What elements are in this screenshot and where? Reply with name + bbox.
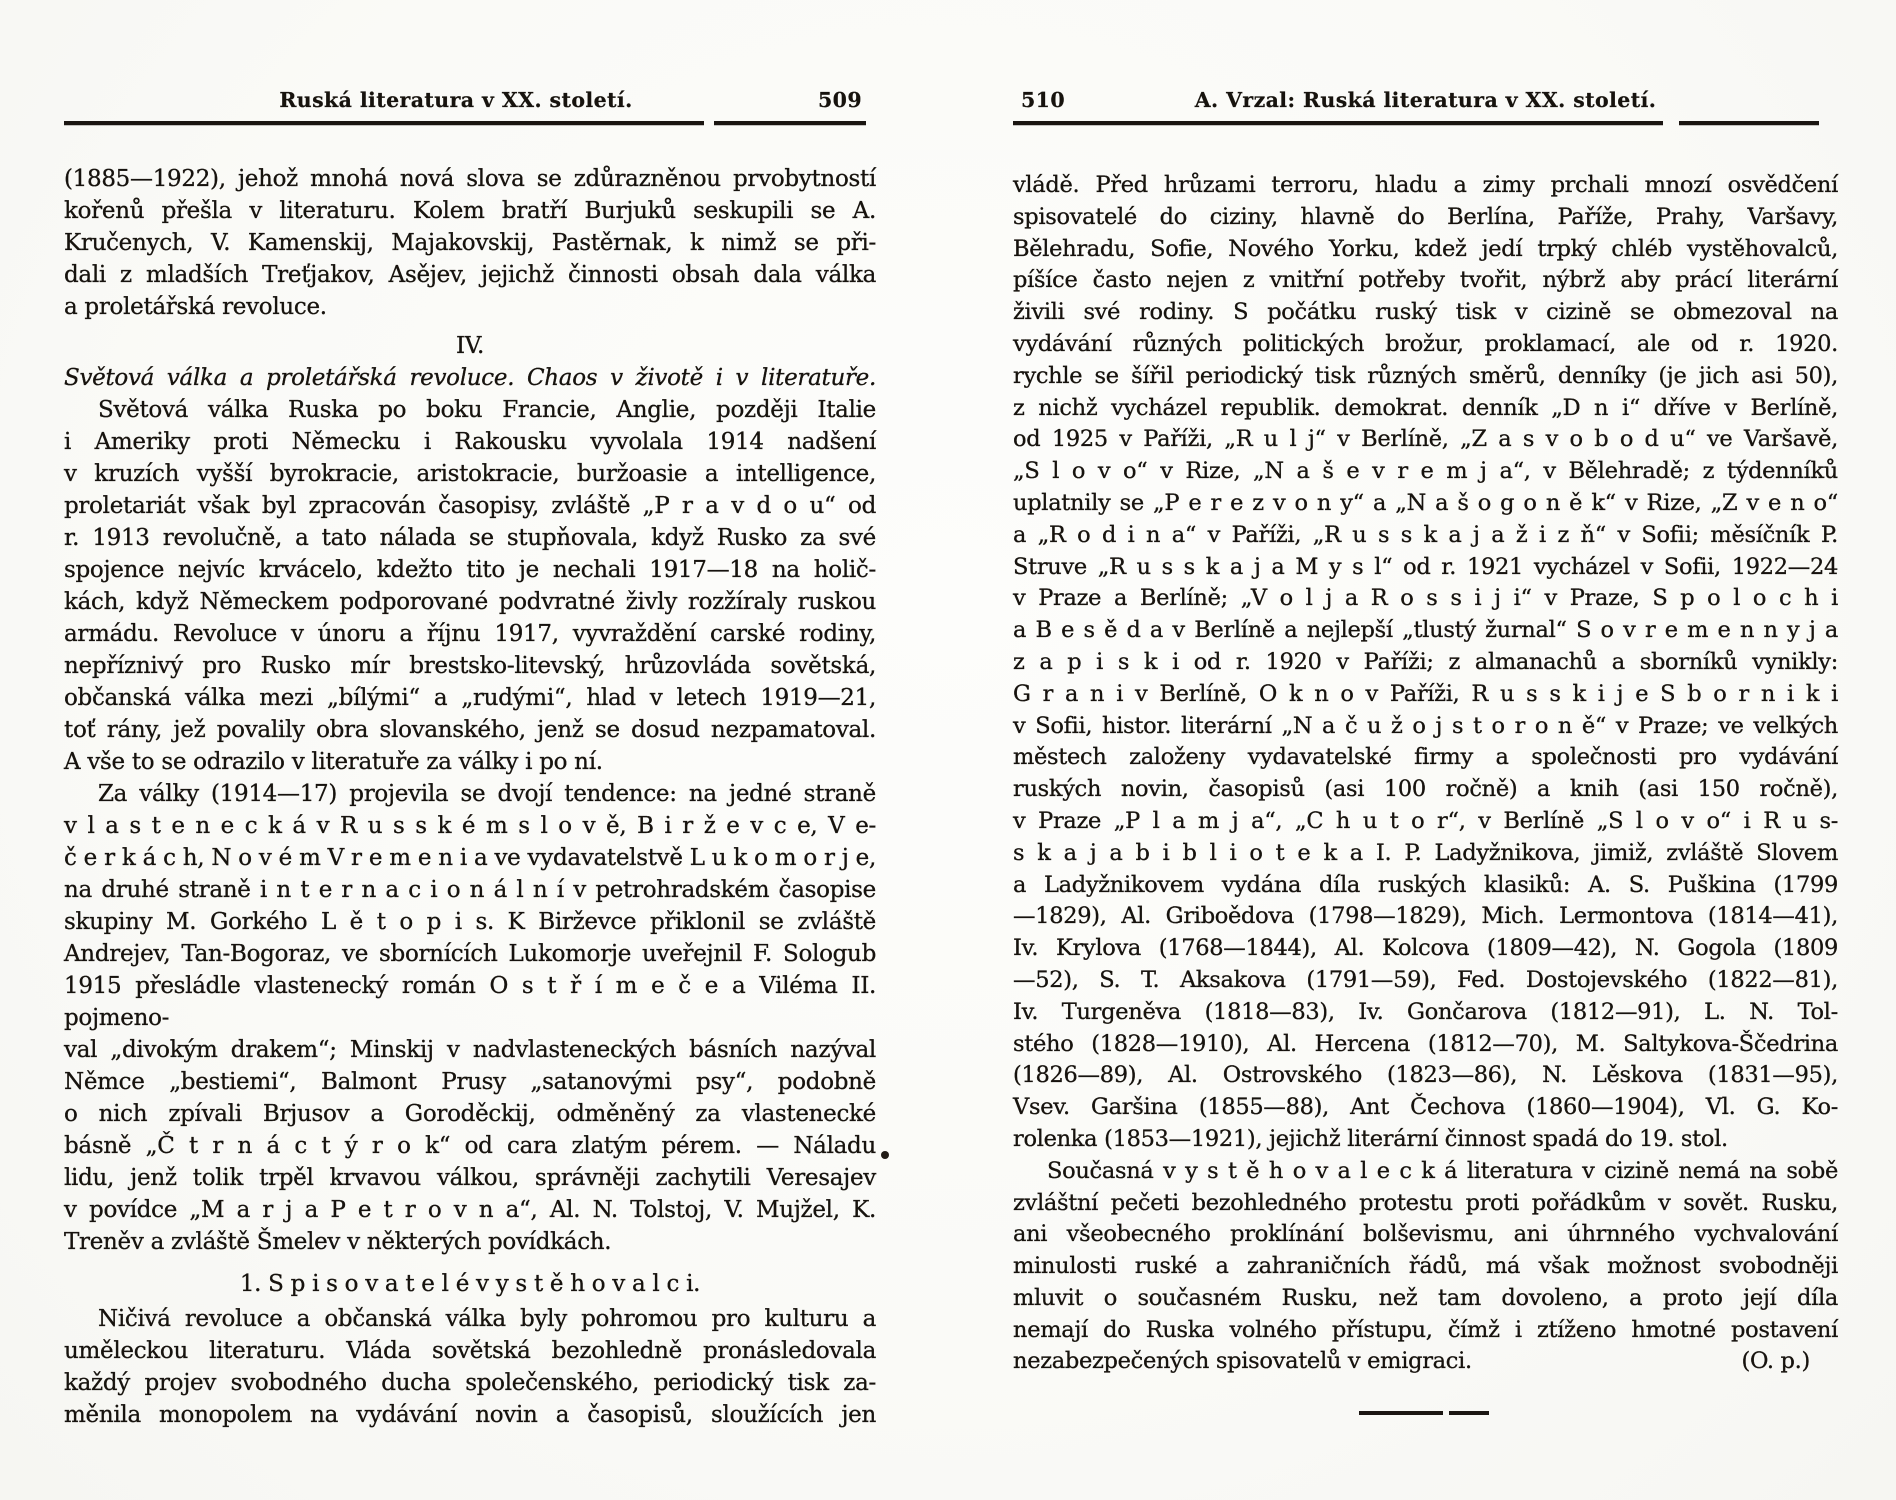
text-line: od 1925 v Paříži, „R u l j“ v Berlíně, „… (1013, 424, 1838, 456)
text-line: o nich zpívali Brjusov a Goroděckij, odm… (64, 1098, 876, 1130)
text-line: Za války (1914—17) projevila se dvojí te… (64, 778, 876, 810)
header-rule-segment (714, 121, 866, 125)
right-header-rule (1013, 121, 1838, 125)
text-line: vládě. Před hrůzami terroru, hladu a zim… (1013, 170, 1838, 202)
header-rule-segment (1679, 121, 1819, 125)
text-line: živili své rodiny. S počátku ruský tisk … (1013, 297, 1838, 329)
text-line: (1885—1922), jehož mnohá nová slova se z… (64, 163, 876, 195)
text-line: v Praze „P l a m j a“, „C h u t o r“, v … (1013, 806, 1838, 838)
header-rule-segment (1013, 121, 1663, 125)
right-running-head-title: A. Vrzal: Ruská literatura v XX. století… (1013, 88, 1838, 112)
left-header-rule (64, 121, 876, 125)
text-line: nemají do Ruska volného přístupu, čímž i… (1013, 1315, 1838, 1347)
text-line: a B e s ě d a v Berlíně a nejlepší „tlus… (1013, 615, 1838, 647)
text-line: nepříznivý pro Rusko mír brestsko-litevs… (64, 650, 876, 682)
text-line: s k a j a b i b l i o t e k a I. P. Lady… (1013, 838, 1838, 870)
text-line: spisovatelé do ciziny, hlavně do Berlína… (1013, 202, 1838, 234)
text-line: toť rány, jež povalily obra slovanského,… (64, 714, 876, 746)
text-line: —52), S. T. Aksakova (1791—59), Fed. Dos… (1013, 965, 1838, 997)
text-line: A vše to se odrazilo v literatuře za vál… (64, 746, 876, 778)
text-line: kách, když Německem podporované podvratn… (64, 586, 876, 618)
text-line: na druhé straně i n t e r n a c i o n á … (64, 874, 876, 906)
text-line: Kručenych, V. Kamenskij, Majakovskij, Pa… (64, 227, 876, 259)
text-line: vydávání různých politických brožur, pro… (1013, 329, 1838, 361)
text-line: Současná v y s t ě h o v a l e c k á lit… (1013, 1156, 1838, 1188)
ink-spot (881, 1151, 889, 1159)
divider-segment (1449, 1411, 1489, 1415)
text-line: a Ladyžnikovem vydána díla ruských klasi… (1013, 870, 1838, 902)
text-line: lidu, jenž tolik trpěl krvavou válkou, s… (64, 1162, 876, 1194)
text-line: (1826—89), Al. Ostrovského (1823—86), N.… (1013, 1060, 1838, 1092)
left-page-number: 509 (818, 88, 862, 112)
text-line: rolenka (1853—1921), jejichž literární č… (1013, 1124, 1838, 1156)
text-line: každý projev svobodného ducha společensk… (64, 1367, 876, 1399)
text-line: 1915 přesládle vlastenecký román O s t ř… (64, 970, 876, 1034)
text-line: městech založeny vydavatelské firmy a sp… (1013, 742, 1838, 774)
text-line: v Sofii, histor. literární „N a č u ž o … (1013, 711, 1838, 743)
text-line: píšíce často nejen z vnitřní potřeby tvo… (1013, 265, 1838, 297)
left-running-head-title: Ruská literatura v XX. století. (64, 88, 848, 112)
text-line: „S l o v o“ v Rize, „N a š e v r e m j a… (1013, 456, 1838, 488)
text-line-text: nezabezpečených spisovatelů v emigraci. (1013, 1346, 1472, 1378)
text-line: mluvit o současném Rusku, než tam dovole… (1013, 1283, 1838, 1315)
text-line: a proletářská revoluce. (64, 291, 876, 323)
text-line: zvláštní pečeti bezohledného protestu pr… (1013, 1188, 1838, 1220)
text-line: Světová válka Ruska po boku Francie, Ang… (64, 394, 876, 426)
text-line: Bělehradu, Sofie, Nového Yorku, kdež jed… (1013, 234, 1838, 266)
text-line: proletariát však byl zpracován časopisy,… (64, 490, 876, 522)
text-line: v kruzích vyšší byrokracie, aristokracie… (64, 458, 876, 490)
right-text-column: vládě. Před hrůzami terroru, hladu a zim… (1013, 170, 1838, 1378)
text-line: a „R o d i n a“ v Paříži, „R u s s k a j… (1013, 520, 1838, 552)
text-line: měnila monopolem na vydávání novin a čas… (64, 1399, 876, 1431)
text-line: Ničivá revoluce a občanská válka byly po… (64, 1303, 876, 1335)
text-line: Němce „bestiemi“, Balmont Prusy „satanov… (64, 1066, 876, 1098)
text-line: z nichž vycházel republik. demokrat. den… (1013, 393, 1838, 425)
text-line: ani všeobecného proklínání bolševismu, a… (1013, 1219, 1838, 1251)
text-line: armádu. Revoluce v únoru a říjnu 1917, v… (64, 618, 876, 650)
text-line: i Ameriky proti Německu i Rakousku vyvol… (64, 426, 876, 458)
text-line: v l a s t e n e c k á v R u s s k é m s … (64, 810, 876, 842)
text-line: č e r k á c h, N o v é m V r e m e n i a… (64, 842, 876, 874)
text-line: z a p i s k i od r. 1920 v Paříži; z alm… (1013, 647, 1838, 679)
left-running-head: Ruská literatura v XX. století. 509 (64, 88, 876, 114)
text-line: G r a n i v Berlíně, O k n o v Paříži, R… (1013, 679, 1838, 711)
right-page: 510 A. Vrzal: Ruská literatura v XX. sto… (1013, 0, 1838, 1378)
text-line: občanská válka mezi „bílými“ a „rudými“,… (64, 682, 876, 714)
text-line: Vsev. Garšina (1855—88), Ant Čechova (18… (1013, 1092, 1838, 1124)
text-line: Struve „R u s s k a j a M y s l“ od r. 1… (1013, 552, 1838, 584)
text-line: IV. (64, 330, 876, 362)
text-line: val „divokým drakem“; Minskij v nadvlast… (64, 1034, 876, 1066)
text-line: stého (1828—1910), Al. Hercena (1812—70)… (1013, 1029, 1838, 1061)
text-line: rychle se šířil periodický tisk různých … (1013, 361, 1838, 393)
text-line: Iv. Turgeněva (1818—83), Iv. Gončarova (… (1013, 997, 1838, 1029)
text-line: 1. S p i s o v a t e l é v y s t ě h o v… (64, 1268, 876, 1300)
text-line: kořenů přešla v literaturu. Kolem bratří… (64, 195, 876, 227)
text-line: minulosti ruské a zahraničních řádů, má … (1013, 1251, 1838, 1283)
text-line: v Praze a Berlíně; „V o l j a R o s s i … (1013, 583, 1838, 615)
text-line: r. 1913 revolučně, a tato nálada se stup… (64, 522, 876, 554)
text-line: uměleckou literaturu. Vláda sovětská bez… (64, 1335, 876, 1367)
end-of-article-divider (1359, 1411, 1489, 1415)
left-page: Ruská literatura v XX. století. 509 (188… (64, 0, 876, 1431)
text-line: v povídce „M a r j a P e t r o v n a“, A… (64, 1194, 876, 1226)
left-text-column: (1885—1922), jehož mnohá nová slova se z… (64, 163, 876, 1431)
text-line: Andrejev, Tan-Bogoraz, ve sbornících Luk… (64, 938, 876, 970)
text-line: ruských novin, časopisů (asi 100 ročně) … (1013, 774, 1838, 806)
text-line: skupiny M. Gorkého L ě t o p i s. K Birž… (64, 906, 876, 938)
text-line: spojence nejvíc krvácelo, kdežto tito je… (64, 554, 876, 586)
text-line: uplatnily se „P e r e z v o n y“ a „N a … (1013, 488, 1838, 520)
continuation-note: (O. p.) (1742, 1346, 1838, 1378)
text-line: Treněv a zvláště Šmelev v některých poví… (64, 1226, 876, 1258)
text-line: nezabezpečených spisovatelů v emigraci.(… (1013, 1346, 1838, 1378)
text-line: Iv. Krylova (1768—1844), Al. Kolcova (18… (1013, 933, 1838, 965)
header-rule-segment (64, 121, 704, 125)
divider-segment (1359, 1411, 1443, 1415)
text-line: Světová válka a proletářská revoluce. Ch… (64, 362, 876, 394)
text-line: —1829), Al. Griboědova (1798—1829), Mich… (1013, 901, 1838, 933)
text-line: dali z mladších Treťjakov, Asějev, jejic… (64, 259, 876, 291)
text-line: básně „Č t r n á c t ý r o k“ od cara zl… (64, 1130, 876, 1162)
right-running-head: 510 A. Vrzal: Ruská literatura v XX. sto… (1013, 88, 1838, 114)
